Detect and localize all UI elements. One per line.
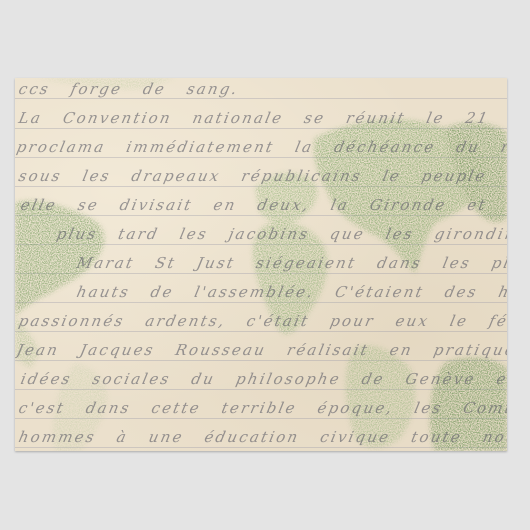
ruled-line xyxy=(15,244,507,245)
ruled-line xyxy=(15,128,507,129)
ruled-line xyxy=(15,447,507,448)
ruled-line xyxy=(15,389,507,390)
manuscript-line: c'est dans cette terrible époque, les Co… xyxy=(17,399,507,417)
ruled-line xyxy=(15,360,507,361)
ruled-line xyxy=(15,186,507,187)
ruled-line xyxy=(15,273,507,274)
manuscript-line: passionnés ardents, c'était pour eux le … xyxy=(17,312,507,330)
ruled-line xyxy=(15,331,507,332)
manuscript-line: La Convention nationale se réunit le 21 … xyxy=(17,109,507,127)
ruled-line xyxy=(15,418,507,419)
manuscript-line: elle se divisait en deux, la Gironde et … xyxy=(19,196,507,214)
manuscript-line: hommes à une éducation civique toute nou… xyxy=(17,428,507,446)
ruled-line xyxy=(15,98,507,99)
manuscript-line: idées sociales du philosophe de Genève e… xyxy=(19,370,507,388)
ruled-line xyxy=(15,302,507,303)
manuscript-line: ссs forge de sang. xyxy=(17,80,241,98)
manuscript-line: Jean Jacques Rousseau réalisait en prati… xyxy=(15,341,507,359)
manuscript-line: proclama immédiatement la déchéance du r… xyxy=(15,138,507,156)
manuscript-line: sous les drapeaux républicains le peuple… xyxy=(17,167,507,185)
manuscript-line: hauts de l'assemblée. C'étaient des homm… xyxy=(75,283,507,301)
manuscript-line: plus tard les jacobins que les girondins… xyxy=(55,225,507,243)
ruled-line xyxy=(15,215,507,216)
manuscript-line: Marat St Just siégeaient dans les plus xyxy=(75,254,507,272)
ruled-line xyxy=(15,157,507,158)
manuscript-map-print: ссs forge de sang. La Convention nationa… xyxy=(15,78,507,451)
